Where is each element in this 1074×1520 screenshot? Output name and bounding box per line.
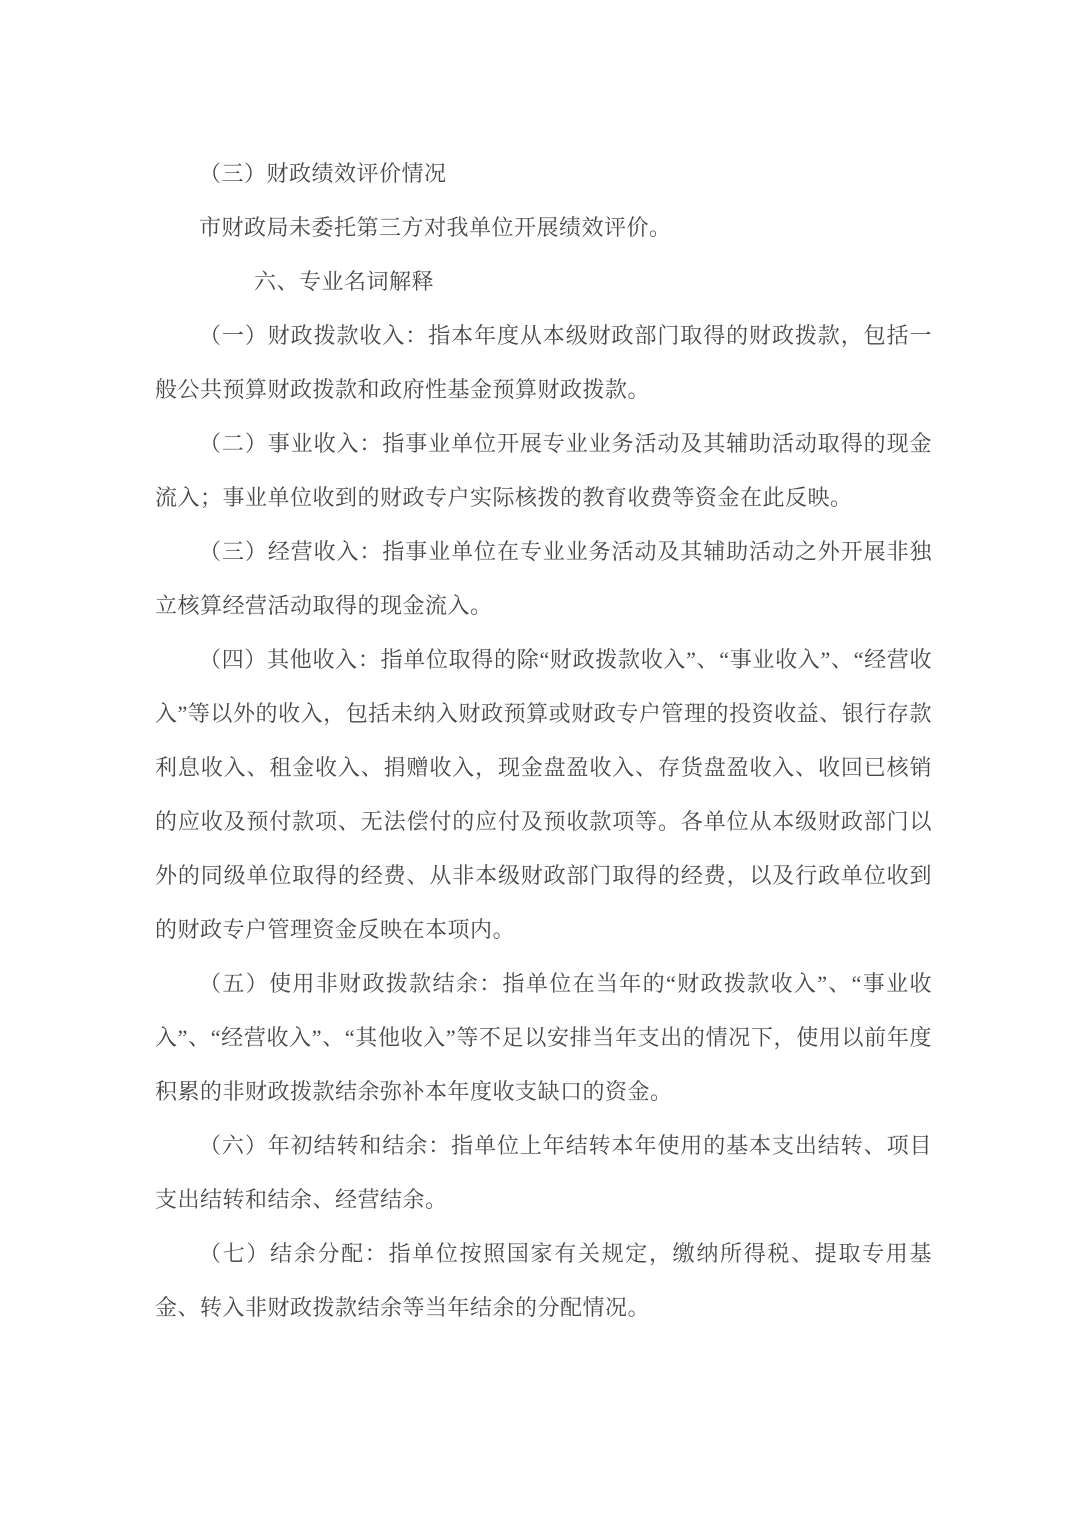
section-performance-title: （三）财政绩效评价情况: [155, 147, 932, 201]
document-body: （三）财政绩效评价情况 市财政局未委托第三方对我单位开展绩效评价。 六、专业名词…: [155, 147, 932, 1335]
term-definition-5: （五）使用非财政拨款结余：指单位在当年的“财政拨款收入”、“事业收入”、“经营收…: [155, 957, 932, 1119]
term-definition-3: （三）经营收入：指事业单位在专业业务活动及其辅助活动之外开展非独立核算经营活动取…: [155, 525, 932, 633]
term-definition-6: （六）年初结转和结余：指单位上年结转本年使用的基本支出结转、项目支出结转和结余、…: [155, 1119, 932, 1227]
term-definition-7: （七）结余分配：指单位按照国家有关规定，缴纳所得税、提取专用基金、转入非财政拨款…: [155, 1227, 932, 1335]
terms-section-heading: 六、专业名词解释: [155, 255, 932, 309]
term-definition-2: （二）事业收入：指事业单位开展专业业务活动及其辅助活动取得的现金流入；事业单位收…: [155, 417, 932, 525]
term-definition-4: （四）其他收入：指单位取得的除“财政拨款收入”、“事业收入”、“经营收入”等以外…: [155, 633, 932, 957]
term-definition-1: （一）财政拨款收入：指本年度从本级财政部门取得的财政拨款，包括一般公共预算财政拨…: [155, 309, 932, 417]
section-performance-body: 市财政局未委托第三方对我单位开展绩效评价。: [155, 201, 932, 255]
document-page: （三）财政绩效评价情况 市财政局未委托第三方对我单位开展绩效评价。 六、专业名词…: [0, 0, 1074, 1520]
